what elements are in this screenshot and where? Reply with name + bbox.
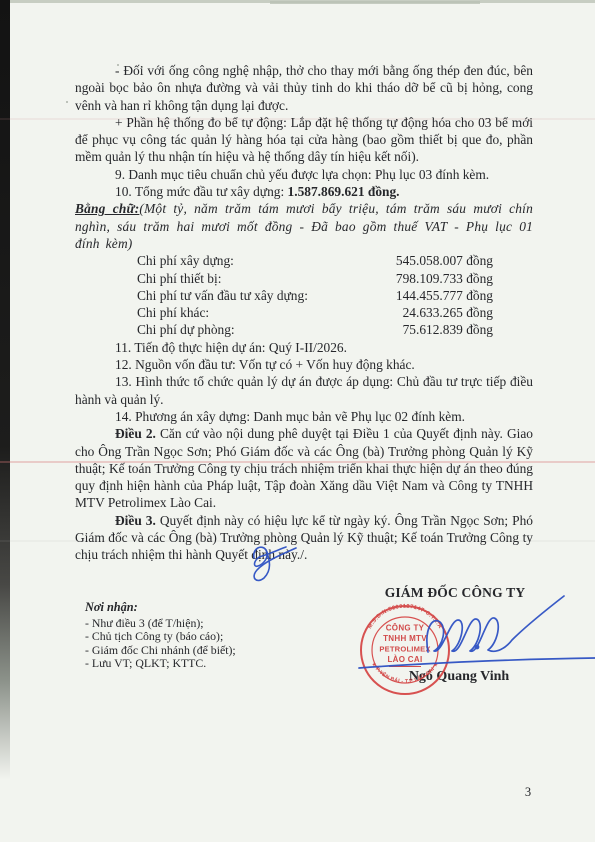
cost-row-consulting: Chi phí tư vấn đầu tư xây dựng: 144.455.… xyxy=(137,287,493,304)
item-10-label: 10. Tổng mức đầu tư xây dựng: xyxy=(115,184,288,199)
document-body: - Đối với ống công nghệ nhập, thở cho th… xyxy=(75,62,533,564)
cost-amount: 75.612.839 đồng xyxy=(403,321,493,338)
recipient-item: - Chủ tịch Công ty (báo cáo); xyxy=(85,630,236,644)
cost-row-contingency: Chi phí dự phòng: 75.612.839 đồng xyxy=(137,321,493,338)
paragraph-pipe-note: - Đối với ống công nghệ nhập, thở cho th… xyxy=(75,62,533,114)
cost-label: Chi phí khác: xyxy=(137,304,209,321)
article-3-label: Điều 3. xyxy=(115,513,156,528)
page-number: 3 xyxy=(518,785,538,800)
item-13-management-form: 13. Hình thức tổ chức quản lý dự án được… xyxy=(75,373,533,408)
item-11-schedule: 11. Tiến độ thực hiện dự án: Quý I-II/20… xyxy=(75,339,533,356)
item-12-capital-source: 12. Nguồn vốn đầu tư: Vốn tự có + Vốn hu… xyxy=(75,356,533,373)
scan-speck xyxy=(66,101,68,103)
recipient-item: - Như điều 3 (để T/hiện); xyxy=(85,617,236,631)
recipients-block: Nơi nhận: - Như điều 3 (để T/hiện); - Ch… xyxy=(85,601,236,671)
recipient-item: - Giám đốc Chi nhánh (để biết); xyxy=(85,644,236,658)
scan-edge-left xyxy=(0,0,10,812)
total-investment-amount: 1.587.869.621 đồng. xyxy=(288,184,400,199)
recipients-heading: Nơi nhận: xyxy=(85,601,236,615)
amount-in-words-label: Bằng chữ: xyxy=(75,201,139,216)
item-10-total-investment: 10. Tổng mức đầu tư xây dựng: 1.587.869.… xyxy=(75,183,533,200)
cost-label: Chi phí thiết bị: xyxy=(137,270,221,287)
article-2-label: Điều 2. xyxy=(115,426,156,441)
scanned-document-page: - Đối với ống công nghệ nhập, thở cho th… xyxy=(0,0,595,842)
director-signature-icon xyxy=(330,540,595,700)
item-9-standards: 9. Danh mục tiêu chuẩn chủ yếu được lựa … xyxy=(75,166,533,183)
cost-label: Chi phí dự phòng: xyxy=(137,321,235,338)
scan-edge-top-shade xyxy=(270,1,480,4)
cost-amount: 545.058.007 đồng xyxy=(396,252,493,269)
cost-amount: 798.109.733 đồng xyxy=(396,270,493,287)
cost-row-equipment: Chi phí thiết bị: 798.109.733 đồng xyxy=(137,270,493,287)
cost-label: Chi phí tư vấn đầu tư xây dựng: xyxy=(137,287,308,304)
cost-row-construction: Chi phí xây dựng: 545.058.007 đồng xyxy=(137,252,493,269)
cost-label: Chi phí xây dựng: xyxy=(137,252,234,269)
paragraph-auto-gauge-system: + Phần hệ thống đo bể tự động: Lắp đặt h… xyxy=(75,114,533,166)
cost-breakdown-table: Chi phí xây dựng: 545.058.007 đồng Chi p… xyxy=(75,252,533,338)
cost-amount: 24.633.265 đồng xyxy=(403,304,493,321)
article-2: Điều 2. Căn cứ vào nội dung phê duyệt tạ… xyxy=(75,425,533,511)
item-14-construction-plan: 14. Phương án xây dựng: Danh mục bản vẽ … xyxy=(75,408,533,425)
initials-signature-icon xyxy=(230,540,310,585)
cost-row-other: Chi phí khác: 24.633.265 đồng xyxy=(137,304,493,321)
recipient-item: - Lưu VT; QLKT; KTTC. xyxy=(85,657,236,671)
amount-in-words-text: (Một tỷ, năm trăm tám mươi bẩy triệu, tá… xyxy=(75,201,533,251)
cost-amount: 144.455.777 đồng xyxy=(396,287,493,304)
amount-in-words: Bằng chữ:(Một tỷ, năm trăm tám mươi bẩy … xyxy=(75,200,533,252)
